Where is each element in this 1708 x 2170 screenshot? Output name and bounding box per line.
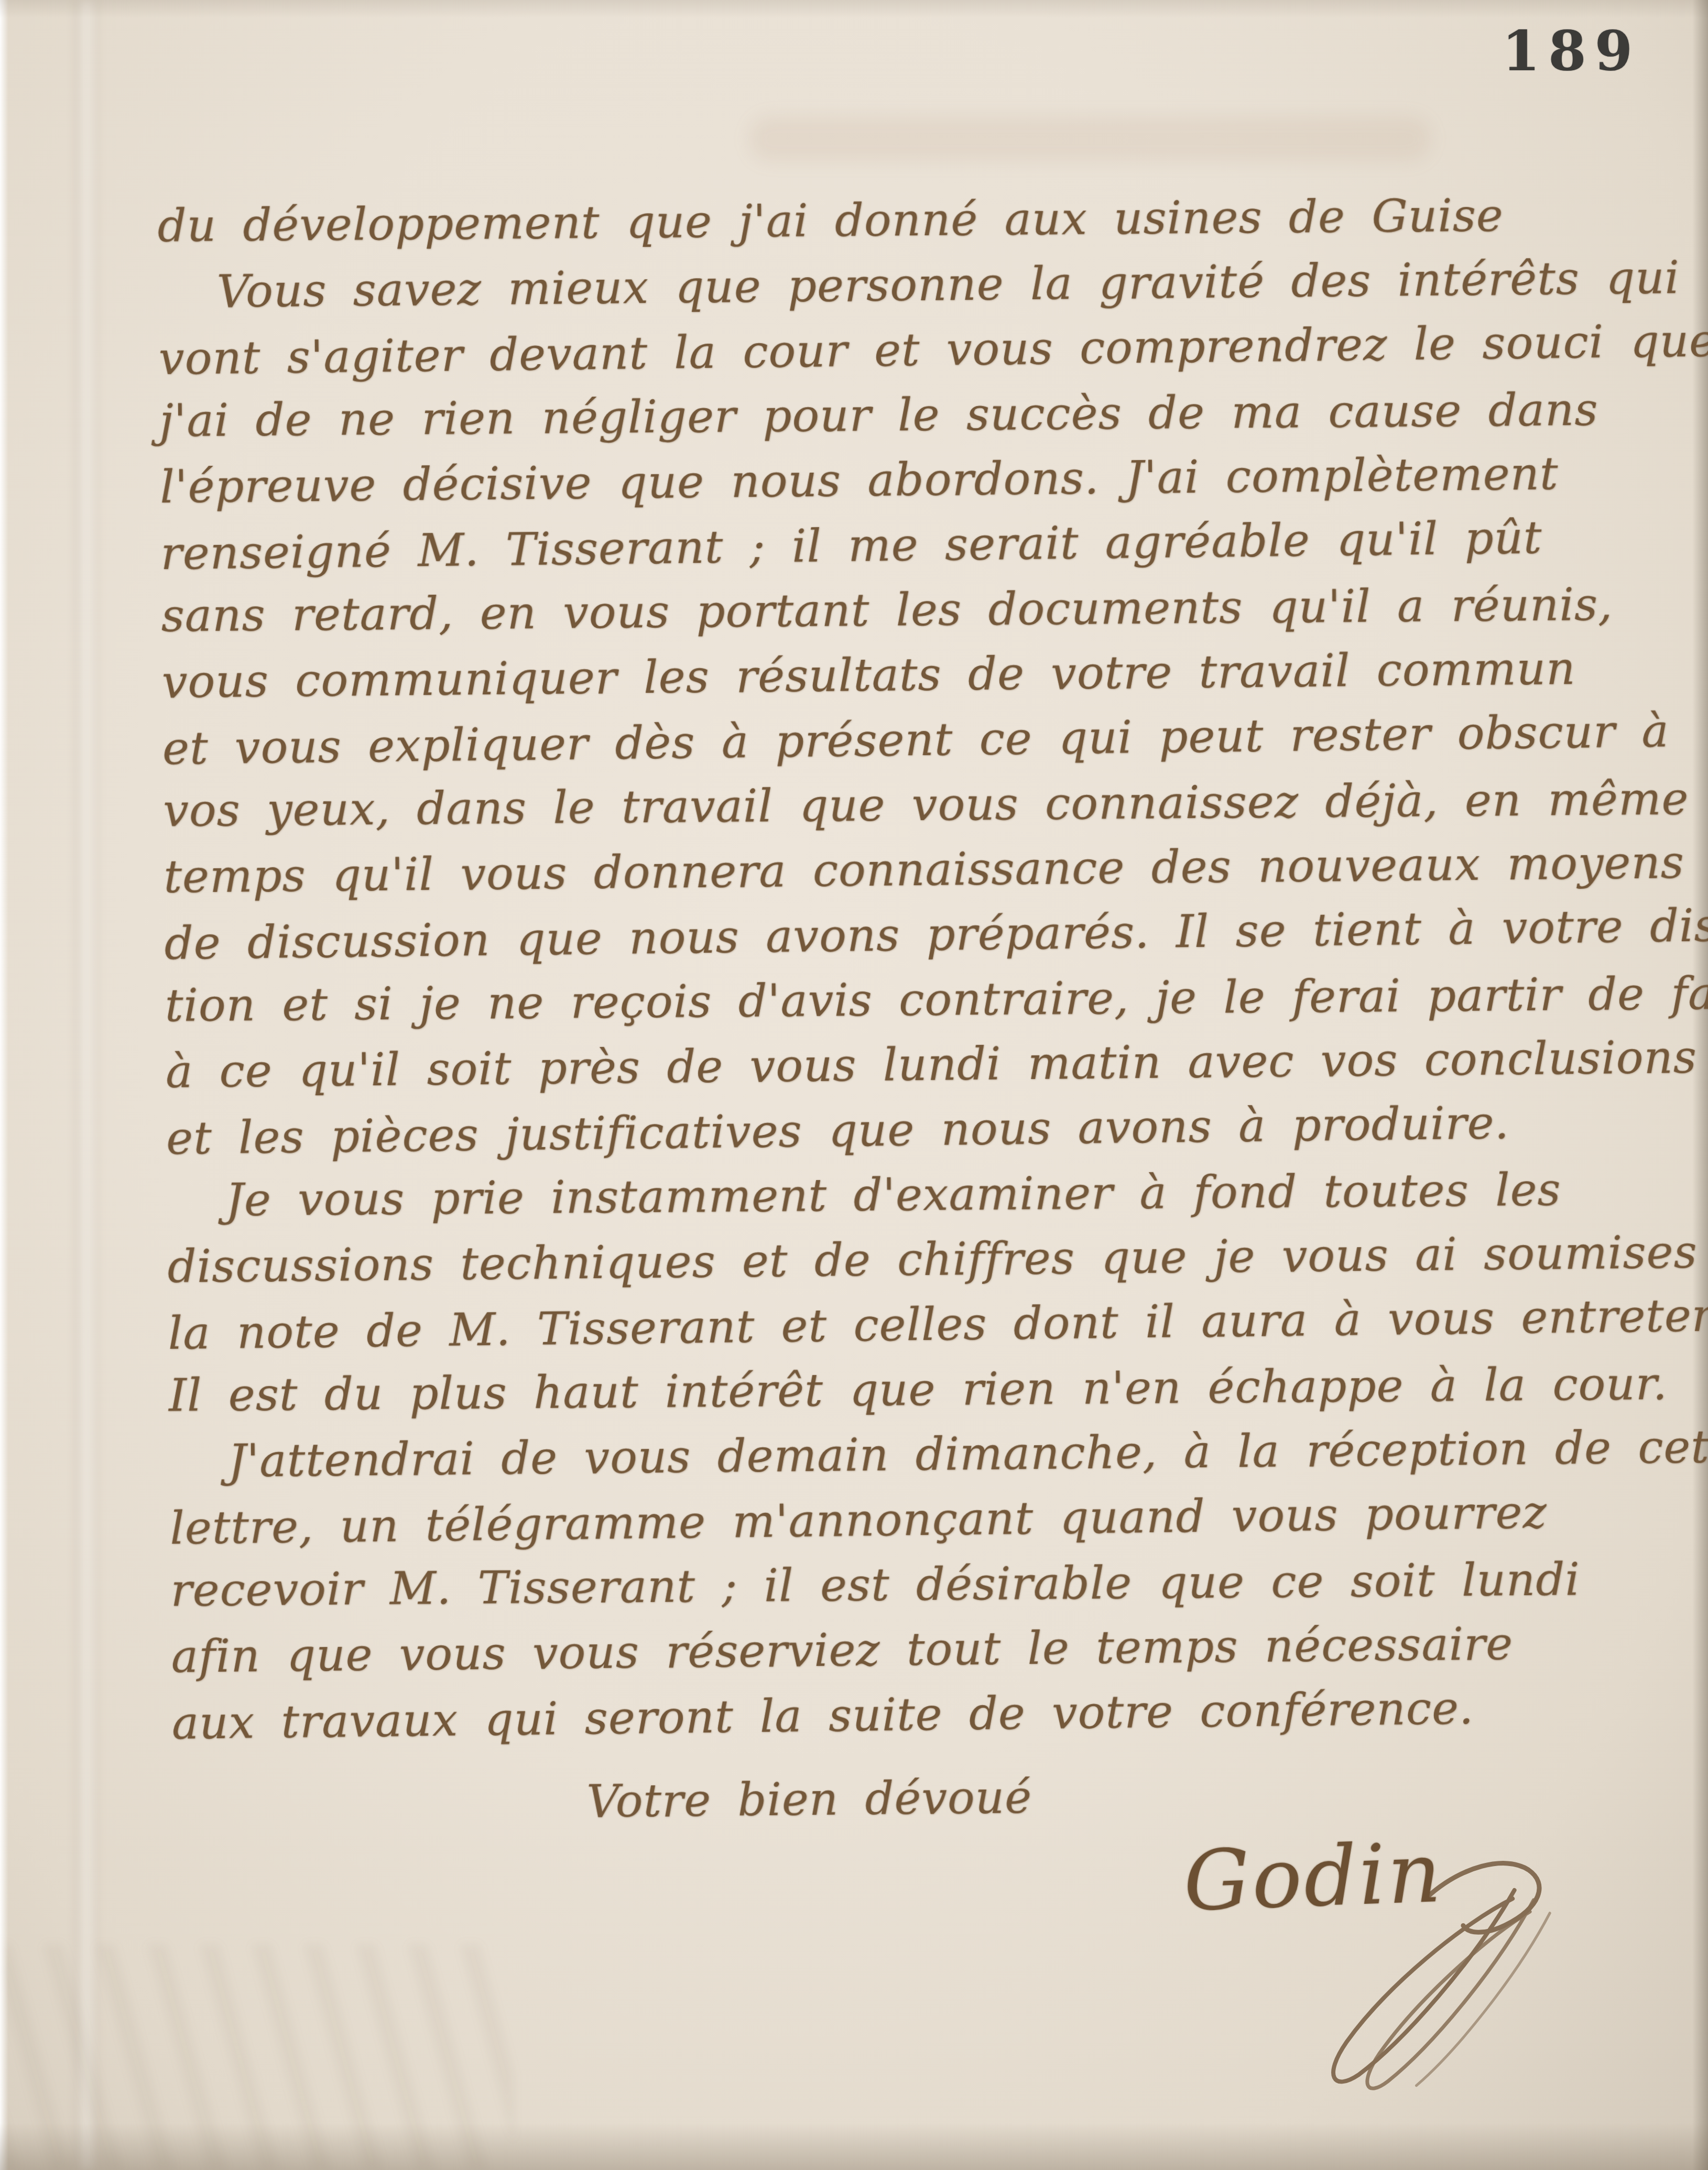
letter-body: du développement que j'ai donné aux usin… (157, 180, 1682, 1838)
paper-edge-bottom (0, 2123, 1708, 2170)
letter-line: Il est du plus haut intérêt que rien n'e… (169, 1351, 1679, 1429)
letter-line: Je vous prie instamment d'examiner à fon… (167, 1157, 1677, 1234)
letter-line: j'ai de ne rien négliger pour le succès … (159, 377, 1669, 454)
scanned-letter-page: 189 du développement que j'ai donné aux … (0, 0, 1708, 2170)
letter-line: vos yeux, dans le travail que vous conna… (163, 767, 1673, 844)
paper-crease (73, 0, 100, 2170)
folio-number: 189 (1502, 19, 1641, 83)
letter-line: recevoir M. Tisserant ; il est désirable… (170, 1546, 1680, 1623)
letter-line: sans retard, en vous portant les documen… (161, 572, 1671, 649)
signature: Godin (1177, 1808, 1617, 2138)
paper-edge-top (0, 0, 1708, 18)
paper-edge-left (0, 0, 8, 2170)
letter-line: du développement que j'ai donné aux usin… (157, 182, 1667, 259)
signature-name: Godin (1182, 1825, 1444, 1930)
letter-line: tion et si je ne reçois d'avis contraire… (165, 962, 1674, 1039)
ink-bleedthrough-smudge (749, 116, 1431, 161)
